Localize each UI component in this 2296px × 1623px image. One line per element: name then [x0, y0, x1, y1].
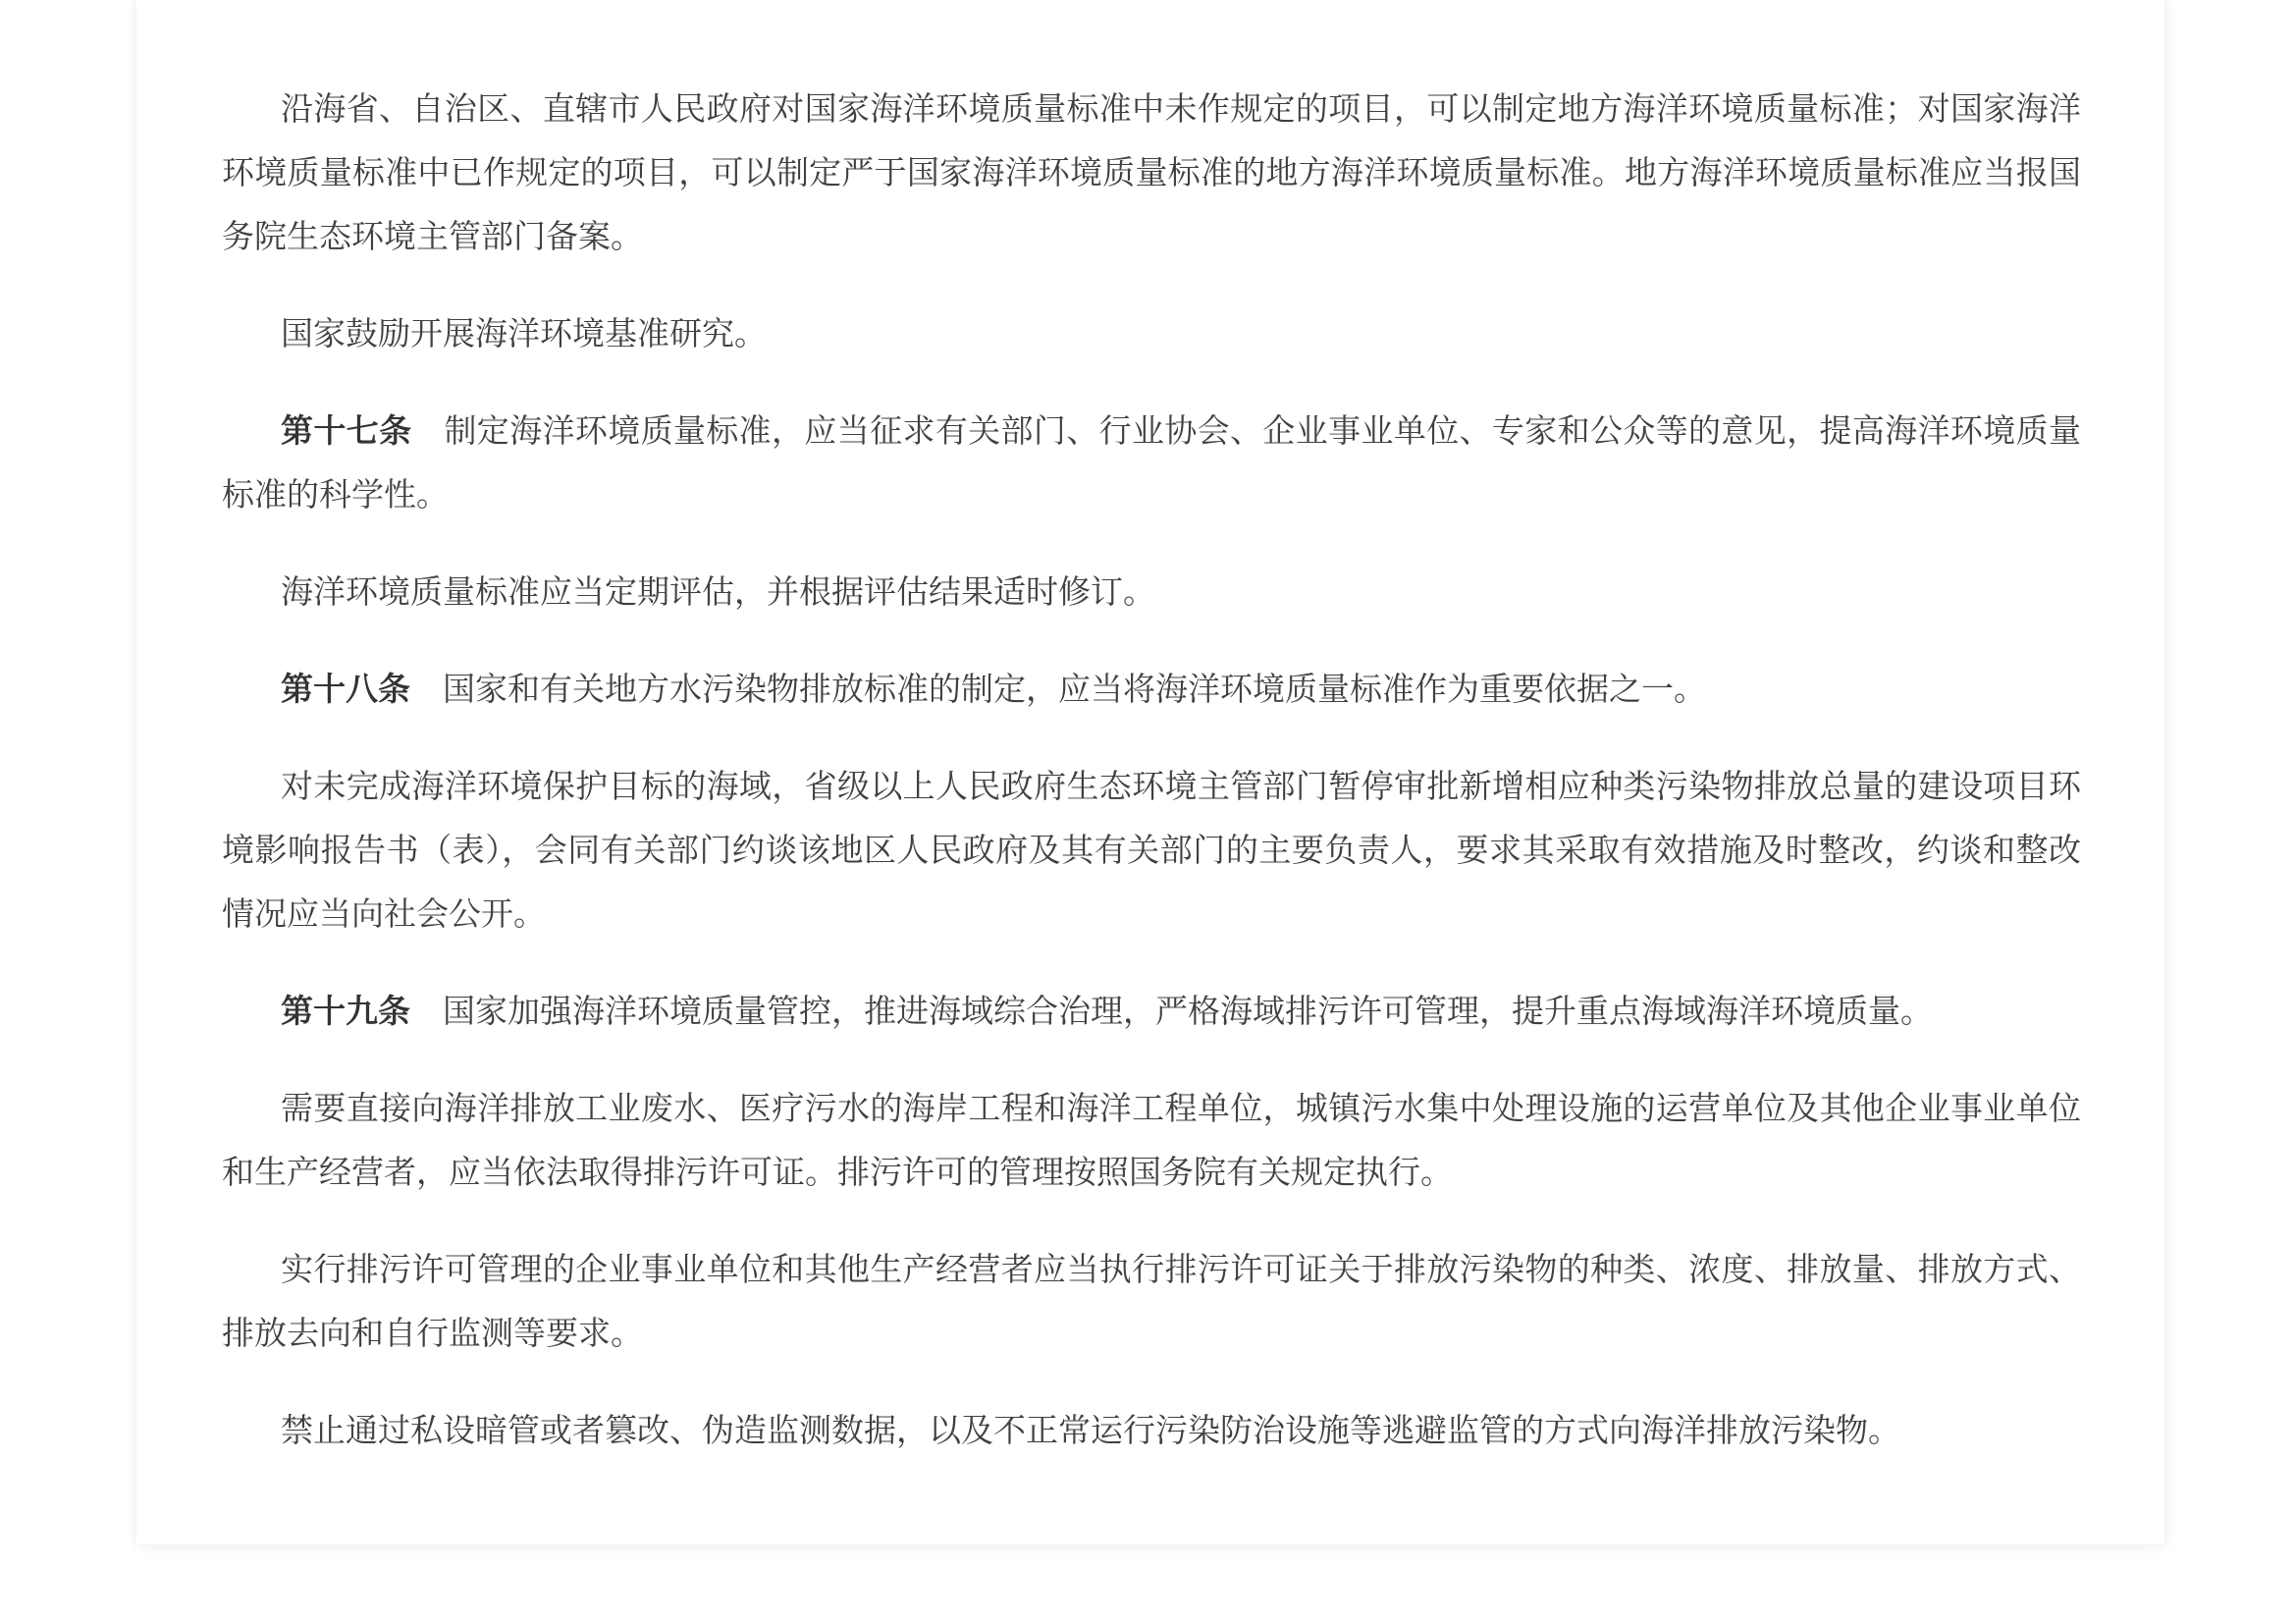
paragraph-text: 海洋环境质量标准应当定期评估，并根据评估结果适时修订。 — [281, 573, 1155, 610]
paragraph: 实行排污许可管理的企业事业单位和其他生产经营者应当执行排污许可证关于排放污染物的… — [222, 1237, 2081, 1365]
paragraph-text: 制定海洋环境质量标准，应当征求有关部门、行业协会、企业事业单位、专家和公众等的意… — [222, 412, 2081, 513]
paragraph: 需要直接向海洋排放工业废水、医疗污水的海岸工程和海洋工程单位，城镇污水集中处理设… — [222, 1076, 2081, 1204]
paragraph: 第十九条国家加强海洋环境质量管控，推进海域综合治理，严格海域排污许可管理，提升重… — [222, 979, 2081, 1043]
paragraph: 国家鼓励开展海洋环境基准研究。 — [222, 301, 2081, 365]
paragraph-text: 实行排污许可管理的企业事业单位和其他生产经营者应当执行排污许可证关于排放污染物的… — [222, 1251, 2081, 1351]
paragraph: 沿海省、自治区、直辖市人民政府对国家海洋环境质量标准中未作规定的项目，可以制定地… — [222, 77, 2081, 268]
paragraph: 第十八条国家和有关地方水污染物排放标准的制定，应当将海洋环境质量标准作为重要依据… — [222, 657, 2081, 721]
article-body: 沿海省、自治区、直辖市人民政府对国家海洋环境质量标准中未作规定的项目，可以制定地… — [136, 0, 2164, 1462]
paragraph-text: 沿海省、自治区、直辖市人民政府对国家海洋环境质量标准中未作规定的项目，可以制定地… — [222, 90, 2081, 254]
paragraph: 对未完成海洋环境保护目标的海域，省级以上人民政府生态环境主管部门暂停审批新增相应… — [222, 754, 2081, 946]
article-content-card: 沿海省、自治区、直辖市人民政府对国家海洋环境质量标准中未作规定的项目，可以制定地… — [136, 0, 2164, 1544]
paragraph-text: 对未完成海洋环境保护目标的海域，省级以上人民政府生态环境主管部门暂停审批新增相应… — [222, 768, 2081, 932]
article-number-label: 第十七条 — [281, 412, 411, 449]
article-number-label: 第十八条 — [281, 671, 410, 707]
article-number-label: 第十九条 — [281, 993, 410, 1029]
paragraph-text: 禁止通过私设暗管或者篡改、伪造监测数据，以及不正常运行污染防治设施等逃避监管的方… — [281, 1412, 1900, 1448]
page-background: 沿海省、自治区、直辖市人民政府对国家海洋环境质量标准中未作规定的项目，可以制定地… — [0, 0, 2296, 1623]
paragraph-text: 国家和有关地方水污染物排放标准的制定，应当将海洋环境质量标准作为重要依据之一。 — [443, 671, 1706, 707]
paragraph: 禁止通过私设暗管或者篡改、伪造监测数据，以及不正常运行污染防治设施等逃避监管的方… — [222, 1398, 2081, 1462]
paragraph-text: 国家鼓励开展海洋环境基准研究。 — [281, 315, 767, 352]
paragraph-text: 国家加强海洋环境质量管控，推进海域综合治理，严格海域排污许可管理，提升重点海域海… — [443, 993, 1933, 1029]
paragraph: 海洋环境质量标准应当定期评估，并根据评估结果适时修订。 — [222, 560, 2081, 623]
paragraph: 第十七条制定海洋环境质量标准，应当征求有关部门、行业协会、企业事业单位、专家和公… — [222, 399, 2081, 526]
paragraph-text: 需要直接向海洋排放工业废水、医疗污水的海岸工程和海洋工程单位，城镇污水集中处理设… — [222, 1090, 2081, 1190]
